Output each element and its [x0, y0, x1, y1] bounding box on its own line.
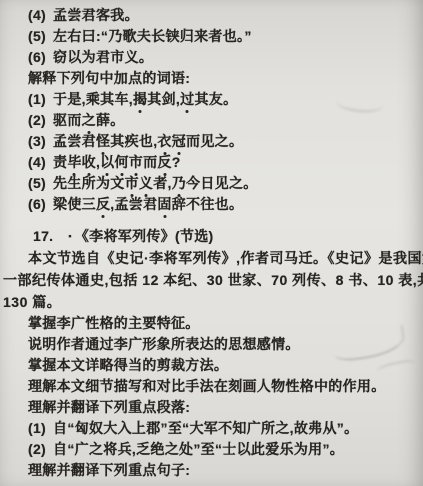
char: 三 — [82, 196, 96, 212]
char: 之 — [215, 133, 229, 149]
char: 乐 — [280, 441, 294, 457]
passage-range-item: (2)自“广之将兵,乏绝之处”至“士以此爱乐为用”。 — [0, 439, 423, 460]
char: 而 — [143, 154, 157, 170]
char: 也 — [139, 133, 153, 149]
char: 孟 — [53, 7, 67, 23]
char: ” — [193, 441, 200, 457]
char: 至 — [201, 441, 215, 457]
char: 责 — [53, 154, 67, 170]
char: 疾 — [125, 133, 139, 149]
item-text: 左右曰:“乃歌夫长铗归来者也。” — [53, 28, 252, 44]
item-number: (2) — [28, 441, 46, 457]
char: 梁 — [53, 196, 67, 212]
char: ” — [322, 441, 329, 457]
char: 之 — [229, 175, 243, 191]
emphasis-dot-char: 过 — [180, 89, 194, 110]
char: 也 — [215, 196, 229, 212]
char: ? — [172, 154, 181, 170]
char: 大 — [189, 420, 203, 436]
char: 奴 — [89, 420, 103, 436]
objective-line: 掌握本文详略得当的剪裁方法。 — [0, 355, 423, 376]
translation-sentence-item: (4)孟尝君客我。 — [0, 5, 423, 26]
char: 尝 — [129, 196, 143, 212]
char: 。 — [110, 112, 124, 128]
char: 窃 — [53, 49, 67, 65]
char: 乃 — [108, 28, 122, 44]
char: 士 — [222, 441, 236, 457]
char: 乏 — [136, 441, 150, 457]
char: 。 — [229, 133, 243, 149]
annotated-word-item: (3)孟尝君怪其疾也,衣冠而见之。 — [0, 131, 423, 152]
emphasis-dot-char: 固 — [157, 194, 171, 215]
page-content: (4)孟尝君客我。(5)左右曰:“乃歌夫长铗归来者也。”(6)窃以为君市义。解释… — [0, 5, 423, 481]
char: 孟 — [53, 133, 67, 149]
objective-line: 说明作者通过李广形象所表达的思想感情。 — [0, 334, 423, 355]
char: 今 — [186, 175, 200, 191]
char: 。 — [330, 441, 344, 457]
char: 君 — [82, 133, 96, 149]
char: 左 — [53, 28, 67, 44]
char: 归 — [180, 28, 194, 44]
char: 郡 — [146, 420, 160, 436]
paragraph-line: 本文节选自《史记·李将军列传》,作者司马迁。《史记》是我国第 — [0, 247, 423, 269]
char: 之 — [165, 441, 179, 457]
char: 剑 — [162, 91, 176, 107]
char: 其 — [194, 91, 208, 107]
char: 文 — [110, 175, 124, 191]
translation-sentence-item: (6)窃以为君市义。 — [0, 47, 423, 68]
emphasis-dot-char: 市 — [125, 173, 139, 194]
emphasis-dot-char: 市 — [129, 152, 143, 173]
objective-line: 理解本文细节描写和对比手法在刻画人物性格中的作用。 — [0, 376, 423, 397]
item-text: 于是,乘其车,揭其剑,过其友。 — [53, 91, 237, 107]
char: “ — [67, 420, 74, 436]
char: 见 — [200, 133, 214, 149]
char: 兵 — [118, 441, 132, 457]
char: 孟 — [114, 196, 128, 212]
char: 君 — [96, 49, 110, 65]
lesson-title: 17.▪《李将军列传》(节选) — [0, 225, 423, 247]
char: 曰 — [82, 28, 96, 44]
emphasis-dot-char: 以 — [100, 152, 114, 173]
annotated-word-item: (4)责毕收,以何市而反? — [0, 152, 423, 173]
item-text: 孟尝君客我。 — [53, 7, 139, 23]
char: 铗 — [165, 28, 179, 44]
section-heading: 解释下列句中加点的词语: — [0, 68, 423, 89]
char: 从 — [322, 420, 336, 436]
char: 为 — [294, 441, 308, 457]
char: 为 — [82, 49, 96, 65]
item-number: (6) — [28, 196, 46, 212]
emphasis-dot-char: 揭 — [133, 89, 147, 110]
char: 长 — [151, 28, 165, 44]
char: 大 — [103, 420, 117, 436]
item-number: (1) — [28, 91, 46, 107]
emphasis-dot-char: 衣 — [157, 131, 171, 152]
item-number: (3) — [28, 133, 46, 149]
item-text: 自“匈奴大入上郡”至“大军不知广所之,故弗从”。 — [53, 420, 358, 436]
char: 辞 — [172, 196, 186, 212]
char: 君 — [143, 196, 157, 212]
translation-sentence-item: (5)左右曰:“乃歌夫长铗归来者也。” — [0, 26, 423, 47]
item-text: 孟尝君怪其疾也,衣冠而见之。 — [53, 133, 243, 149]
item-text: 责毕收,以何市而反? — [53, 154, 181, 170]
item-number: (4) — [28, 7, 46, 23]
char: 者 — [153, 175, 167, 191]
char: 车 — [114, 91, 128, 107]
char: 弗 — [308, 420, 322, 436]
scanned-document-page: (4)孟尝君客我。(5)左右曰:“乃歌夫长铗归来者也。”(6)窃以为君市义。解释… — [0, 0, 423, 486]
char: 其 — [100, 91, 114, 107]
item-text: 先生所为文市义者,乃今日见之。 — [53, 175, 258, 191]
passage-range-item: (1)自“匈奴大入上郡”至“大军不知广所之,故弗从”。 — [0, 418, 423, 439]
char: 先 — [53, 175, 67, 191]
char: 军 — [204, 420, 218, 436]
item-text: 自“广之将兵,乏绝之处”至“士以此爱乐为用”。 — [53, 441, 344, 457]
char: 以 — [237, 441, 251, 457]
char: 之 — [89, 441, 103, 457]
lesson-number: 17. — [33, 228, 53, 244]
char: 。 — [139, 49, 153, 65]
char: 市 — [110, 49, 124, 65]
emphasis-dot-char: 怪 — [96, 131, 110, 152]
emphasis-dot-char: 收 — [82, 152, 96, 173]
objective-line: 掌握李广性格的主要特征。 — [0, 313, 423, 334]
char: 其 — [110, 133, 124, 149]
char: 自 — [53, 441, 67, 457]
char: 不 — [186, 196, 200, 212]
char: 。 — [344, 420, 358, 436]
char: 也 — [223, 28, 237, 44]
emphasis-dot-char: 反 — [96, 194, 110, 215]
item-number: (4) — [28, 154, 46, 170]
char: 而 — [67, 112, 81, 128]
char: 我 — [110, 7, 124, 23]
annotated-word-item: (1)于是,乘其车,揭其剑,过其友。 — [0, 89, 423, 110]
emphasis-dot-char: 之 — [82, 110, 96, 131]
char: 是 — [67, 91, 81, 107]
char: 于 — [53, 91, 67, 107]
annotated-word-item: (2)驱而之薛。 — [0, 110, 423, 131]
lesson-title-text: 《李将军列传》(节选) — [75, 228, 214, 244]
item-text: 驱而之薛。 — [53, 112, 125, 128]
char: 故 — [294, 420, 308, 436]
char: 使 — [67, 196, 81, 212]
char: 其 — [147, 91, 161, 107]
char: 广 — [75, 441, 89, 457]
char: 往 — [200, 196, 214, 212]
annotated-word-item: (6)梁使三反,孟尝君固辞不往也。 — [0, 194, 423, 215]
char: 见 — [215, 175, 229, 191]
char: 不 — [218, 420, 232, 436]
emphasis-dot-char: 毕 — [67, 152, 81, 173]
char: 。 — [229, 196, 243, 212]
char: 者 — [208, 28, 222, 44]
char: 君 — [82, 7, 96, 23]
char: 生 — [67, 175, 81, 191]
char: 日 — [200, 175, 214, 191]
char: 友 — [209, 91, 223, 107]
char: 入 — [118, 420, 132, 436]
item-number: (2) — [28, 112, 46, 128]
char: 匈 — [75, 420, 89, 436]
char: ” — [161, 420, 168, 436]
char: 来 — [194, 28, 208, 44]
char: 。 — [125, 7, 139, 23]
char: 知 — [232, 420, 246, 436]
char: 客 — [96, 7, 110, 23]
char: 用 — [308, 441, 322, 457]
char: 爱 — [265, 441, 279, 457]
item-number: (6) — [28, 49, 46, 65]
emphasis-dot-char: 义 — [139, 173, 153, 194]
char: 。 — [243, 175, 257, 191]
char: 尝 — [67, 7, 81, 23]
char: 此 — [251, 441, 265, 457]
char: 夫 — [137, 28, 151, 44]
char: 右 — [67, 28, 81, 44]
item-number: (5) — [28, 175, 46, 191]
char: 薛 — [96, 112, 110, 128]
item-number: (5) — [28, 28, 46, 44]
char: 之 — [275, 420, 289, 436]
char: 广 — [247, 420, 261, 436]
emphasis-dot-char: 冠 — [172, 131, 186, 152]
section-heading: 理解并翻译下列重点句子: — [0, 460, 423, 481]
paragraph-line: 一部纪传体通史,包括 12 本纪、30 世家、70 列传、8 书、10 表,共 — [0, 269, 423, 291]
char: 驱 — [53, 112, 67, 128]
char: 为 — [96, 175, 110, 191]
char: 上 — [132, 420, 146, 436]
char: 所 — [82, 175, 96, 191]
item-text: 窃以为君市义。 — [53, 49, 153, 65]
char: 以 — [67, 49, 81, 65]
emphasis-dot-char: 乃 — [172, 173, 186, 194]
char: 歌 — [123, 28, 137, 44]
char: ” — [244, 28, 251, 44]
item-text: 梁使三反,孟尝君固辞不往也。 — [53, 196, 243, 212]
char: ” — [337, 420, 344, 436]
objective-line: 理解并翻译下列重点段落: — [0, 397, 423, 418]
char: 乘 — [86, 91, 100, 107]
square-bullet-icon: ▪ — [68, 231, 72, 241]
emphasis-dot-char: 何 — [114, 152, 128, 173]
paragraph-line: 130 篇。 — [0, 291, 423, 313]
char: 处 — [179, 441, 193, 457]
char: 至 — [168, 420, 182, 436]
char: “ — [67, 441, 74, 457]
char: 而 — [186, 133, 200, 149]
emphasis-dot-char: 反 — [157, 152, 171, 173]
char: 尝 — [67, 133, 81, 149]
char: 所 — [261, 420, 275, 436]
char: 。 — [223, 91, 237, 107]
char: 自 — [53, 420, 67, 436]
char: 绝 — [150, 441, 164, 457]
item-number: (1) — [28, 420, 46, 436]
char: 将 — [103, 441, 117, 457]
annotated-word-item: (5)先生所为文市义者,乃今日见之。 — [0, 173, 423, 194]
char: 义 — [125, 49, 139, 65]
